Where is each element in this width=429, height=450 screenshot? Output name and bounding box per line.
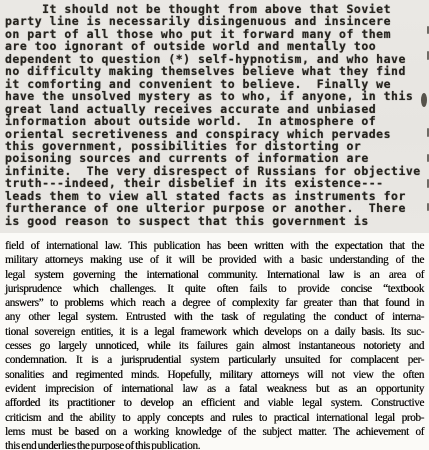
typed-line: truth---indeed, their disbelief in its e… [5, 177, 429, 189]
typed-line: have the unsolved mystery as to who, if … [5, 90, 429, 102]
printed-line: lems must be based on a working knowledg… [5, 425, 424, 439]
printed-line: afforded its practitioner to develop an … [5, 396, 424, 410]
typed-line: furtherance of one ulterior purpose or a… [5, 202, 429, 214]
typed-line: are too ignorant of outside world and me… [5, 40, 429, 52]
scan-ink-blot [421, 93, 427, 107]
printed-line: evident imprecision of international law… [5, 382, 424, 396]
printed-line: military attorneys making use of it will… [5, 253, 424, 267]
printed-paragraph: field of international law. This publica… [0, 233, 429, 450]
typed-line: is good reason to suspect that this gove… [5, 215, 429, 227]
printed-line: condemnation. It is a jurisprudential sy… [5, 353, 424, 367]
printed-line: jurisprudence which challenges. It quite… [5, 282, 424, 296]
printed-line: tional sovereign entities, it is a legal… [5, 325, 424, 339]
printed-line: this end underlies the purpose of this p… [5, 439, 424, 450]
typewritten-excerpt: It should not be thought from above that… [0, 0, 429, 233]
printed-line: legal system governing the international… [5, 268, 424, 282]
printed-line: cesses go largely unnoticed, while its f… [5, 339, 424, 353]
typed-line: no difficulty making themselves believe … [5, 65, 429, 77]
printed-line: any other legal system. Entrusted with t… [5, 310, 424, 324]
printed-line: field of international law. This publica… [5, 239, 424, 253]
printed-line: sonalities and regimented minds. Hopeful… [5, 368, 424, 382]
printed-line: answers” to problems which reach a degre… [5, 296, 424, 310]
printed-line: criticism and the ability to apply conce… [5, 411, 424, 425]
typed-line: information about outside world. In atmo… [5, 115, 429, 127]
